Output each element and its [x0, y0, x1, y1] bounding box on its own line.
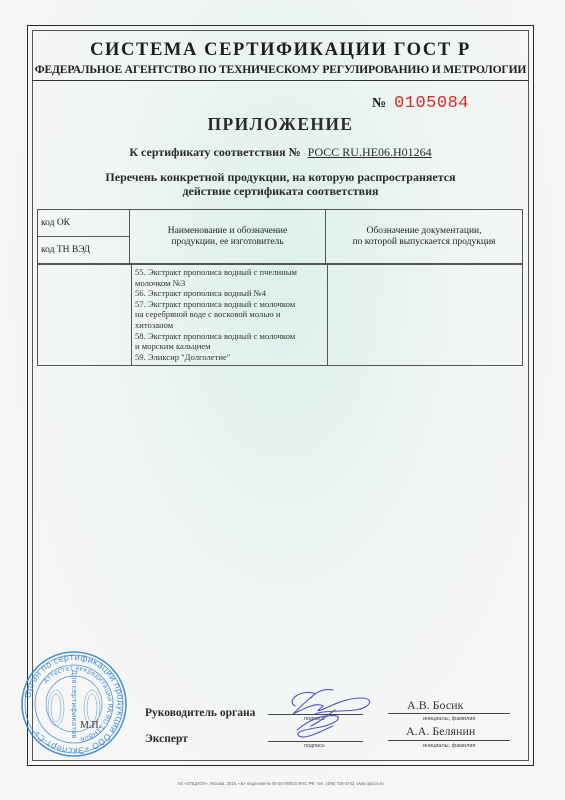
product-line: 58. Экстракт прополиса водный с молочком: [135, 331, 324, 342]
head-name-caption: инициалы, фамилия: [423, 716, 475, 722]
expert-name-line: [388, 740, 510, 741]
certificate-reference: К сертификату соответствия № РОСС RU.НЕ0…: [32, 145, 529, 160]
header-product-name: Наименование и обозначение продукции, ее…: [130, 210, 326, 264]
header-docs-line-1: Обозначение документации,: [329, 226, 519, 237]
form-number-value: 0105084: [394, 94, 469, 113]
certificate-label: К сертификату соответствия №: [129, 145, 300, 159]
header-name-line-2: продукции, ее изготовитель: [133, 237, 322, 248]
documentation-cell: [328, 265, 523, 366]
head-name: А.В. Босик: [407, 698, 463, 713]
certification-system-title: СИСТЕМА СЕРТИФИКАЦИИ ГОСТ Р: [32, 40, 529, 61]
header-documentation: Обозначение документации, по которой вып…: [326, 210, 523, 264]
product-line: 57. Экстракт прополиса водный с молочком: [135, 299, 324, 310]
expert-role-label: Эксперт: [145, 733, 188, 745]
product-list-cell: 55. Экстракт прополиса водный с пчелиным…: [132, 265, 328, 366]
header-name-line-1: Наименование и обозначение: [133, 226, 322, 237]
document-title: ПРИЛОЖЕНИЕ: [32, 114, 529, 135]
product-line: 55. Экстракт прополиса водный с пчелиным: [135, 267, 324, 278]
form-number: №0105084: [372, 94, 469, 113]
scope-line-2: действие сертификата соответствия: [32, 184, 529, 198]
expert-name-caption: инициалы, фамилия: [423, 743, 475, 749]
certification-stamp-icon: Орган по сертификации продукции ООО «Экс…: [20, 650, 128, 758]
table-header: код ОК Наименование и обозначение продук…: [37, 209, 523, 264]
header-docs-line-2: по которой выпускается продукция: [329, 237, 519, 248]
product-line: и морским кальцием: [135, 341, 324, 352]
handwritten-signatures-icon: [275, 680, 385, 750]
header-code-ok: код ОК: [38, 210, 130, 237]
table-row: 55. Экстракт прополиса водный с пчелиным…: [38, 265, 523, 366]
product-line: молочком №3: [135, 278, 324, 289]
head-name-line: [388, 713, 510, 714]
product-line: на серебряной воде с восковой молью и: [135, 309, 324, 320]
header-code-tn-ved: код ТН ВЭД: [38, 237, 130, 264]
printer-info: АО «ОПЦИОН», Москва, 2016, «Б» лицензия …: [32, 781, 529, 786]
number-sign: №: [372, 96, 386, 111]
product-line: хитозаном: [135, 320, 324, 331]
certificate-number: РОСС RU.НЕ06.Н01264: [308, 145, 432, 159]
agency-name: ФЕДЕРАЛЬНОЕ АГЕНТСТВО ПО ТЕХНИЧЕСКОМУ РЕ…: [32, 63, 529, 76]
scope-line-1: Перечень конкретной продукции, на котору…: [32, 170, 529, 184]
seal-place-label: М.П.: [80, 720, 101, 731]
product-line: 59. Эликсир "Долголетие": [135, 352, 324, 363]
head-role-label: Руководитель органа: [145, 707, 255, 719]
expert-name: А.А. Белянин: [406, 724, 475, 739]
scope-description: Перечень конкретной продукции, на котору…: [32, 170, 529, 198]
svg-text:Для сертификатов: Для сертификатов: [70, 669, 78, 738]
product-line: 56. Экстракт прополиса водный №4: [135, 288, 324, 299]
header-divider: [32, 80, 529, 81]
code-cell: [38, 265, 132, 366]
products-table: 55. Экстракт прополиса водный с пчелиным…: [37, 264, 523, 366]
